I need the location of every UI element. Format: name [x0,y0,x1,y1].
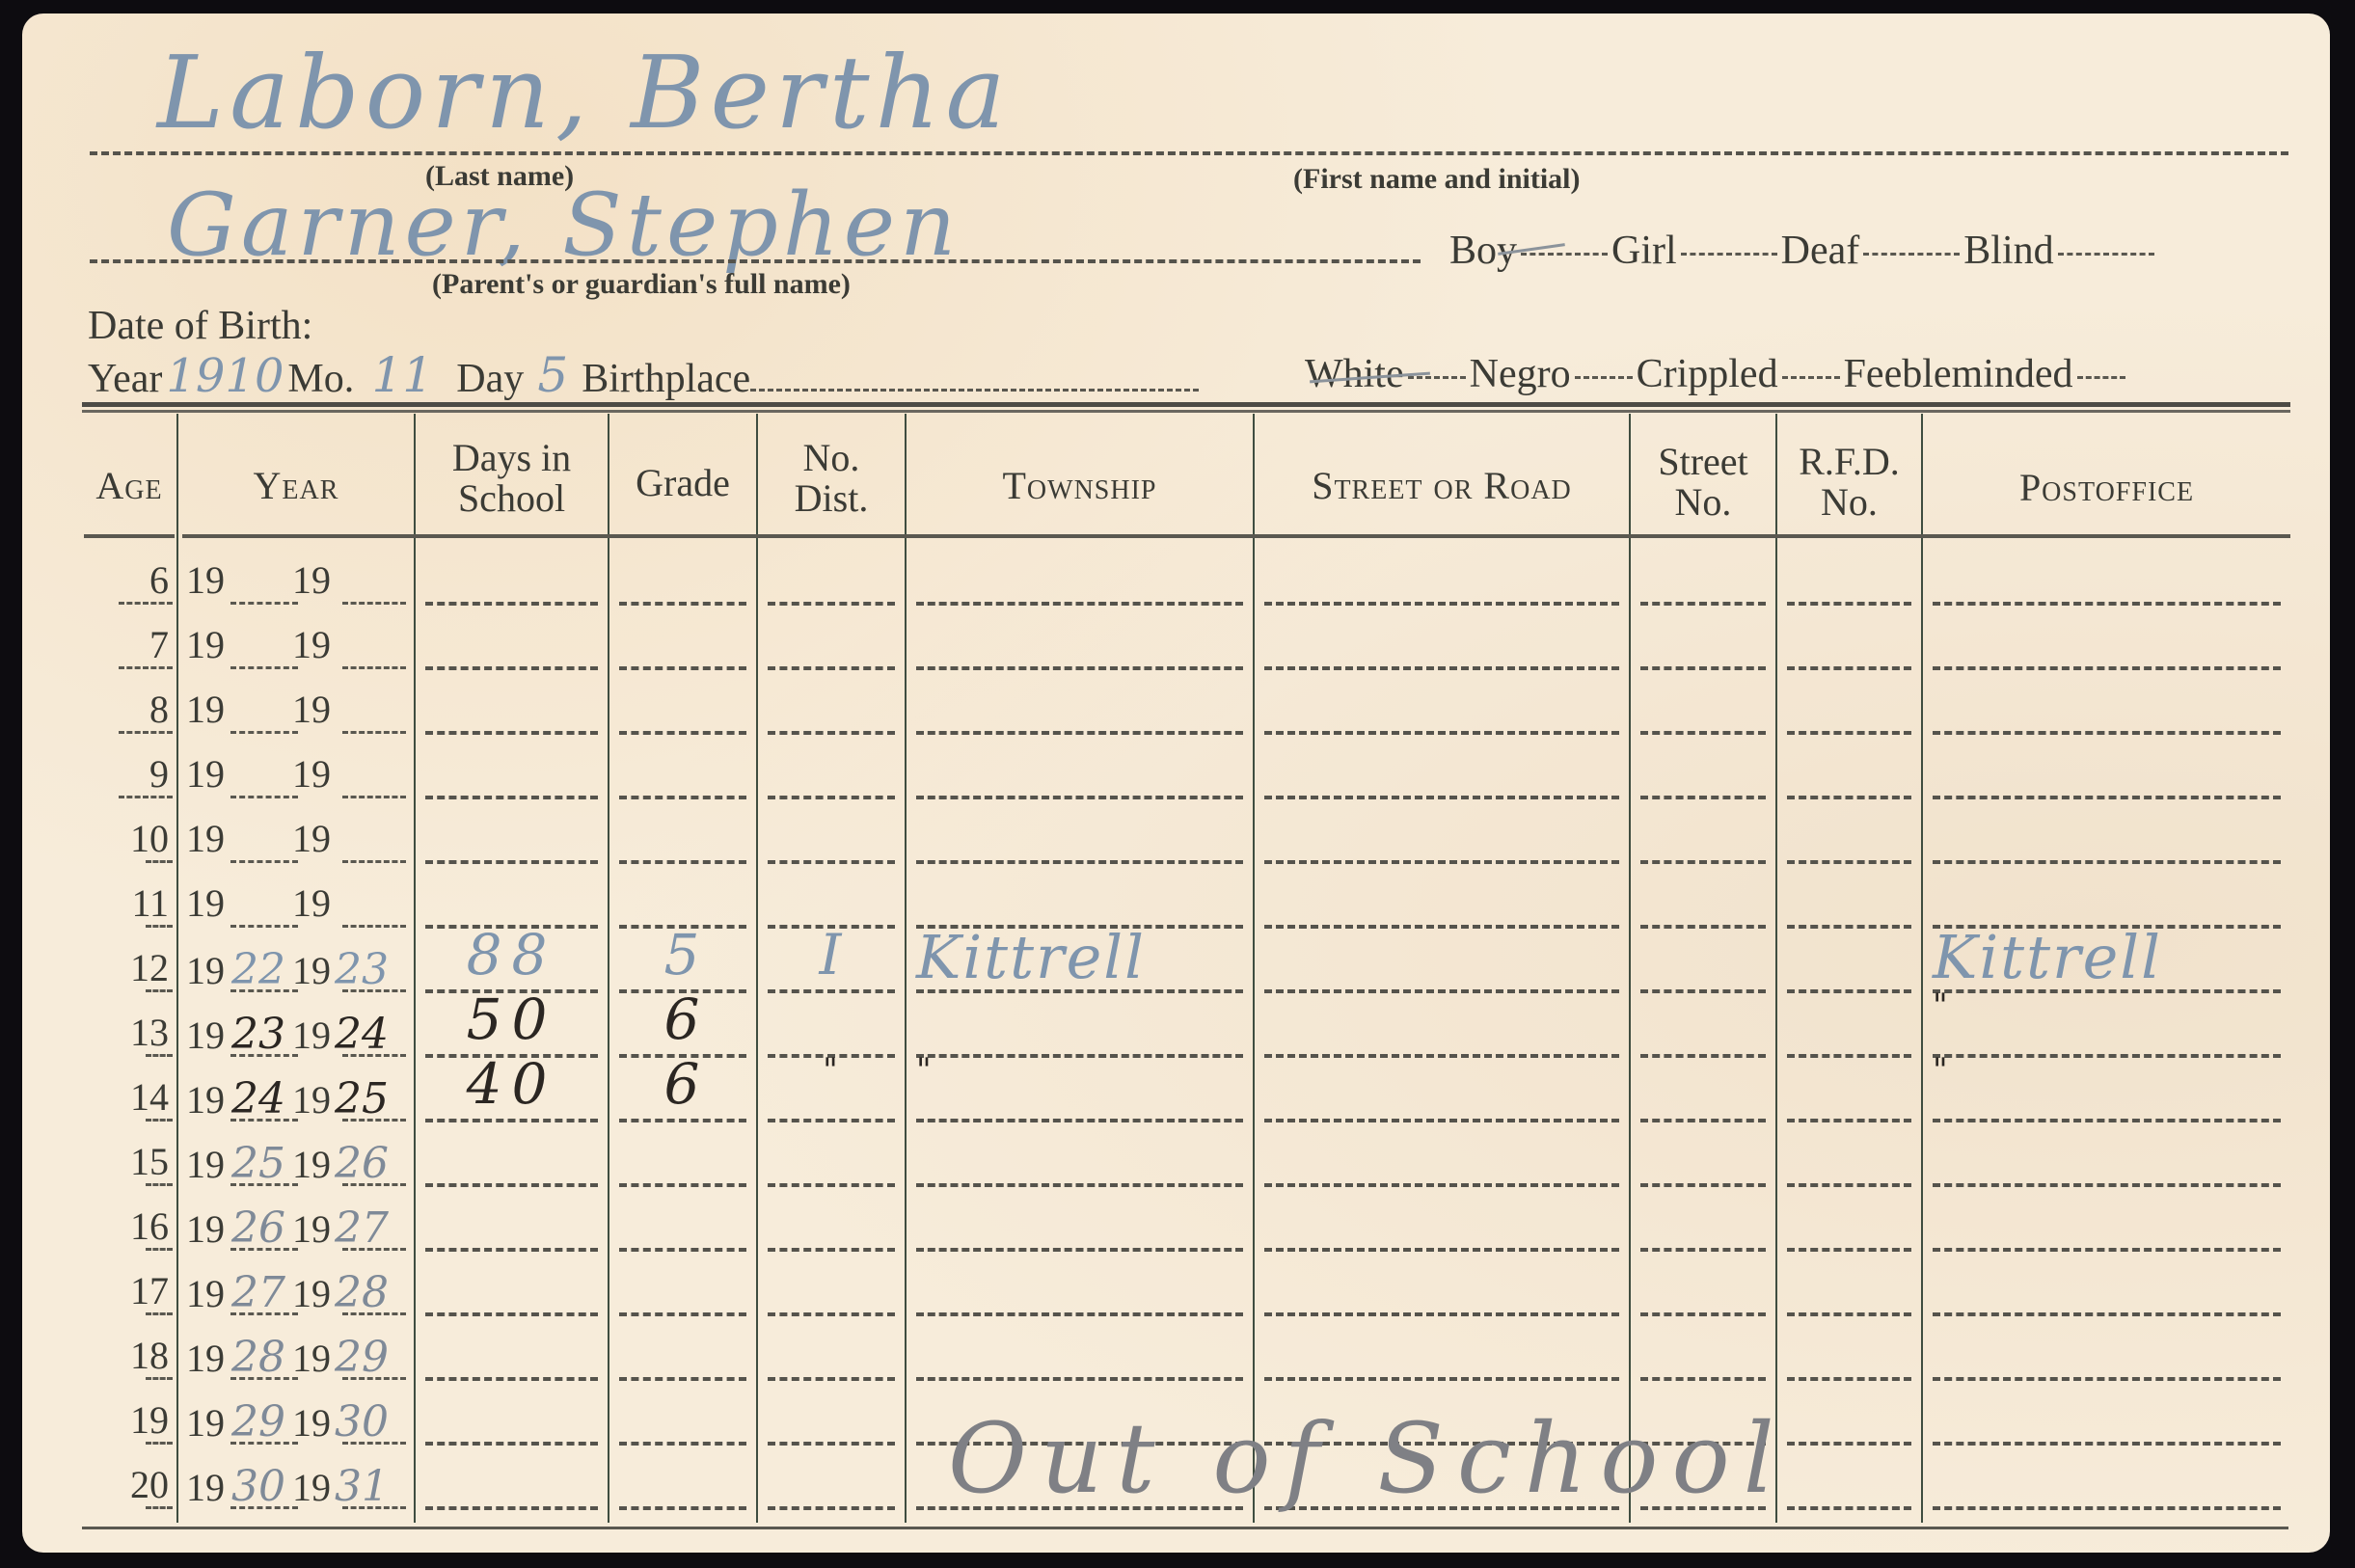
dashed-line [1640,1183,1766,1187]
year-prefix: 19 [292,817,331,860]
year-start: 26 [225,1203,292,1253]
dashed-line [1933,602,2281,606]
age-cell: 18 [82,1333,169,1378]
dashed-line [619,1248,746,1252]
dashed-line [619,796,746,799]
year-label: Year [88,356,162,402]
dashed-line [425,1248,598,1252]
township-cell: Kittrell [916,922,1262,992]
age-cell: 10 [82,816,169,861]
postoffice-cell: Kittrell [1933,922,2300,992]
age-cell: 9 [82,751,169,797]
dashed-line [1640,796,1766,799]
guardian-caption: (Parent's or guardian's full name) [432,268,851,301]
name-line [90,151,2288,155]
dashed-line [1787,731,1911,735]
dashed-line [1640,860,1766,864]
dashed-line [1933,1119,2281,1122]
dashed-line [425,1183,598,1187]
year-end: 28 [331,1268,392,1317]
dashed-line [916,731,1243,735]
year-prefix: 19 [186,1014,225,1057]
dashed-line [1640,1248,1766,1252]
dashed-line [1933,1442,2281,1446]
dashed-line [619,860,746,864]
race-options: White Negro Crippled Feebleminded [1305,351,2288,397]
dashed-line [768,1506,895,1510]
year-cell: 19281929 [186,1333,392,1382]
header-year: Year [178,465,414,507]
grade-cell: 6 [609,987,756,1052]
year-prefix: 19 [186,688,225,731]
option-girl: Girl [1611,228,1677,274]
dashed-line [1264,1183,1619,1187]
year-end: 24 [331,1010,392,1059]
dashed-line [1933,1312,2281,1316]
guardian-line [90,259,1421,263]
age-cell: 14 [82,1074,169,1120]
dashed-line [619,1442,746,1446]
dashed-line [1787,602,1911,606]
year-cell: 1919 [186,880,392,926]
dashed-line [619,1119,746,1122]
postoffice-cell: " [1933,987,2300,1025]
bottom-rule [82,1527,2288,1529]
dashed-line [425,1506,598,1510]
dashed-line [1787,1377,1911,1381]
header-days-line1: Days in [416,438,608,478]
year-prefix: 19 [292,1272,331,1315]
year-prefix: 19 [186,1401,225,1445]
dashed-line [425,1442,598,1446]
dashed-line [1787,1506,1911,1510]
year-prefix: 19 [186,752,225,796]
dashed-line [1787,1183,1911,1187]
dashed-line [1640,1119,1766,1122]
dashed-line [1264,796,1619,799]
year-prefix: 19 [186,623,225,666]
dashed-line [768,1248,895,1252]
dashed-line [768,796,895,799]
year-start: 23 [225,1010,292,1059]
grade-cell: 5 [609,922,756,987]
year-start: 27 [225,1268,292,1317]
dashed-line [768,860,895,864]
header-age: Age [82,465,176,507]
dashed-line [1933,1248,2281,1252]
dashed-line [1264,989,1619,993]
dashed-line [1933,731,2281,735]
school-census-card: Laborn, Bertha (Last name) (First name a… [22,14,2330,1553]
dashed-line [619,731,746,735]
dashed-line [1787,925,1911,929]
dashed-line [1640,731,1766,735]
header-street: Street or Road [1255,465,1629,507]
year-prefix: 19 [292,558,331,602]
header-dist: No. Dist. [758,438,905,519]
dashed-line [916,860,1243,864]
year-prefix: 19 [186,1466,225,1509]
month-label: Mo. [287,356,354,402]
dashed-line [1264,666,1619,670]
year-prefix: 19 [292,1466,331,1509]
dashed-line [619,1377,746,1381]
year-cell: 1919 [186,687,392,732]
dashed-line [619,666,746,670]
year-prefix: 19 [292,752,331,796]
dist-cell: I [758,922,905,987]
dashed-line [1933,1506,2281,1510]
dashed-line [1640,602,1766,606]
birthplace-value [750,389,1199,392]
year-end: 25 [331,1074,392,1123]
dashed-line [1933,666,2281,670]
year-cell: 19241925 [186,1074,392,1123]
birth-day-value: 5 [524,347,582,406]
header-rfd-line1: R.F.D. [1777,442,1921,482]
dashed-line [1640,925,1766,929]
age-cell: 7 [82,622,169,667]
days-cell: 88 [416,922,608,987]
header-street-no-line1: Street [1631,442,1775,482]
dashed-line [1264,1248,1619,1252]
year-cell: 19221923 [186,945,392,994]
dashed-line [768,989,895,993]
year-end: 26 [331,1139,392,1188]
header-rule [82,402,2290,407]
year-prefix: 19 [186,1143,225,1186]
township-cell: " [916,1051,1262,1090]
dashed-line [916,1248,1243,1252]
age-cell: 11 [82,880,169,926]
age-cell: 16 [82,1203,169,1249]
grade-cell: 6 [609,1051,756,1117]
dashed-line [1787,1119,1911,1122]
header-dist-line1: No. [758,438,905,478]
header-township: Township [907,465,1253,507]
divider-rfd [1921,414,1923,1523]
dashed-line [1933,1183,2281,1187]
header-rfd: R.F.D. No. [1777,442,1921,523]
header-grade: Grade [609,463,756,503]
divider-age [176,414,178,1523]
year-prefix: 19 [186,881,225,925]
year-cell: 19301931 [186,1462,392,1511]
dashed-line [1264,925,1619,929]
option-blind: Blind [1963,228,2053,274]
option-crippled: Crippled [1637,351,1778,397]
option-deaf: Deaf [1781,228,1860,274]
dashed-line [425,796,598,799]
dashed-line [1787,1442,1911,1446]
divider-dist [905,414,907,1523]
dashed-line [768,1377,895,1381]
dashed-line [1264,1119,1619,1122]
dashed-line [768,602,895,606]
divider-street [1629,414,1631,1523]
dashed-line [768,1119,895,1122]
year-prefix: 19 [186,949,225,992]
dashed-line [1787,1054,1911,1058]
dashed-line [1264,1054,1619,1058]
year-prefix: 19 [186,1078,225,1122]
year-start: 25 [225,1139,292,1188]
dashed-line [1787,860,1911,864]
dashed-line [1787,666,1911,670]
age-cell: 6 [82,557,169,603]
year-prefix: 19 [292,1337,331,1380]
year-prefix: 19 [292,1207,331,1251]
days-cell: 50 [416,987,608,1052]
first-name-caption: (First name and initial) [1293,163,1581,196]
age-cell: 15 [82,1139,169,1184]
dashed-line [768,666,895,670]
dashed-line [425,602,598,606]
divider-street-no [1775,414,1777,1523]
dashed-line [1933,796,2281,799]
year-end: 23 [331,945,392,994]
header-days-line2: School [416,478,608,519]
dashed-line [1264,860,1619,864]
dob-label: Date of Birth: [88,303,312,349]
dashed-line [1640,1054,1766,1058]
dashed-line [916,1312,1243,1316]
dashed-line [1640,1377,1766,1381]
year-cell: 1919 [186,751,392,797]
year-prefix: 19 [292,1078,331,1122]
dashed-line [1787,796,1911,799]
year-prefix: 19 [292,949,331,992]
year-prefix: 19 [186,1207,225,1251]
header-street-no-line2: No. [1631,482,1775,523]
header-underline [84,534,2290,538]
dob-row: Year 1910 Mo. 11 Day 5 Birthplace [88,347,1199,406]
year-start: 28 [225,1333,292,1382]
year-cell: 1919 [186,557,392,603]
year-cell: 1919 [186,622,392,667]
year-cell: 19251926 [186,1139,392,1188]
dashed-line [425,666,598,670]
year-cell: 19291930 [186,1397,392,1446]
dashed-line [1640,1312,1766,1316]
dashed-line [768,1183,895,1187]
year-prefix: 19 [186,558,225,602]
dashed-line [1264,1312,1619,1316]
year-end: 31 [331,1462,392,1511]
dashed-line [425,1119,598,1122]
birthplace-label: Birthplace [582,356,750,402]
year-cell: 1919 [186,816,392,861]
option-feebleminded: Feebleminded [1844,351,2073,397]
out-of-school-annotation: Out of School [948,1402,1788,1515]
age-cell: 12 [82,945,169,990]
year-prefix: 19 [292,1401,331,1445]
dashed-line [1787,1248,1911,1252]
sex-options: Boy Girl Deaf Blind [1449,228,2288,274]
dashed-line [916,1377,1243,1381]
year-prefix: 19 [292,881,331,925]
age-cell: 20 [82,1462,169,1507]
dashed-line [916,602,1243,606]
dashed-line [768,1442,895,1446]
year-cell: 19271928 [186,1268,392,1317]
year-start: 22 [225,945,292,994]
days-cell: 40 [416,1051,608,1117]
dashed-line [425,1377,598,1381]
year-cell: 19261927 [186,1203,392,1253]
header-rule-2 [82,410,2290,413]
dashed-line [916,1183,1243,1187]
year-cell: 19231924 [186,1010,392,1059]
dashed-line [1264,731,1619,735]
header-days: Days in School [416,438,608,519]
header-postoffice: Postoffice [1923,467,2290,509]
dashed-line [619,1312,746,1316]
day-label: Day [456,356,524,402]
year-end: 29 [331,1333,392,1382]
age-cell: 13 [82,1010,169,1055]
dashed-line [1787,1312,1911,1316]
birth-month-value: 11 [354,347,450,406]
header-street-no: Street No. [1631,442,1775,523]
dashed-line [916,1119,1243,1122]
dashed-line [1933,1377,2281,1381]
dashed-line [619,1183,746,1187]
student-name: Laborn, Bertha [157,35,1012,150]
year-prefix: 19 [292,1143,331,1186]
dashed-line [768,1312,895,1316]
year-start: 30 [225,1462,292,1511]
dashed-line [425,731,598,735]
year-prefix: 19 [292,688,331,731]
dashed-line [1640,666,1766,670]
year-end: 27 [331,1203,392,1253]
header-rfd-line2: No. [1777,482,1921,523]
age-cell: 19 [82,1397,169,1443]
dashed-line [1933,860,2281,864]
dashed-line [619,602,746,606]
dist-cell: " [758,1051,905,1090]
age-cell: 17 [82,1268,169,1313]
dashed-line [1264,602,1619,606]
header-dist-line2: Dist. [758,478,905,519]
option-negro: Negro [1470,351,1571,397]
dashed-line [425,860,598,864]
dashed-line [1640,989,1766,993]
dashed-line [916,796,1243,799]
dashed-line [425,1312,598,1316]
postoffice-cell: " [1933,1051,2300,1090]
dashed-line [619,1506,746,1510]
year-prefix: 19 [292,1014,331,1057]
dashed-line [768,731,895,735]
dashed-line [1264,1377,1619,1381]
birth-year-value: 1910 [162,349,287,406]
year-prefix: 19 [186,1272,225,1315]
year-end: 30 [331,1397,392,1446]
year-prefix: 19 [292,623,331,666]
dashed-line [916,666,1243,670]
dashed-line [1787,989,1911,993]
year-prefix: 19 [186,817,225,860]
age-cell: 8 [82,687,169,732]
year-start: 29 [225,1397,292,1446]
year-start: 24 [225,1074,292,1123]
year-prefix: 19 [186,1337,225,1380]
